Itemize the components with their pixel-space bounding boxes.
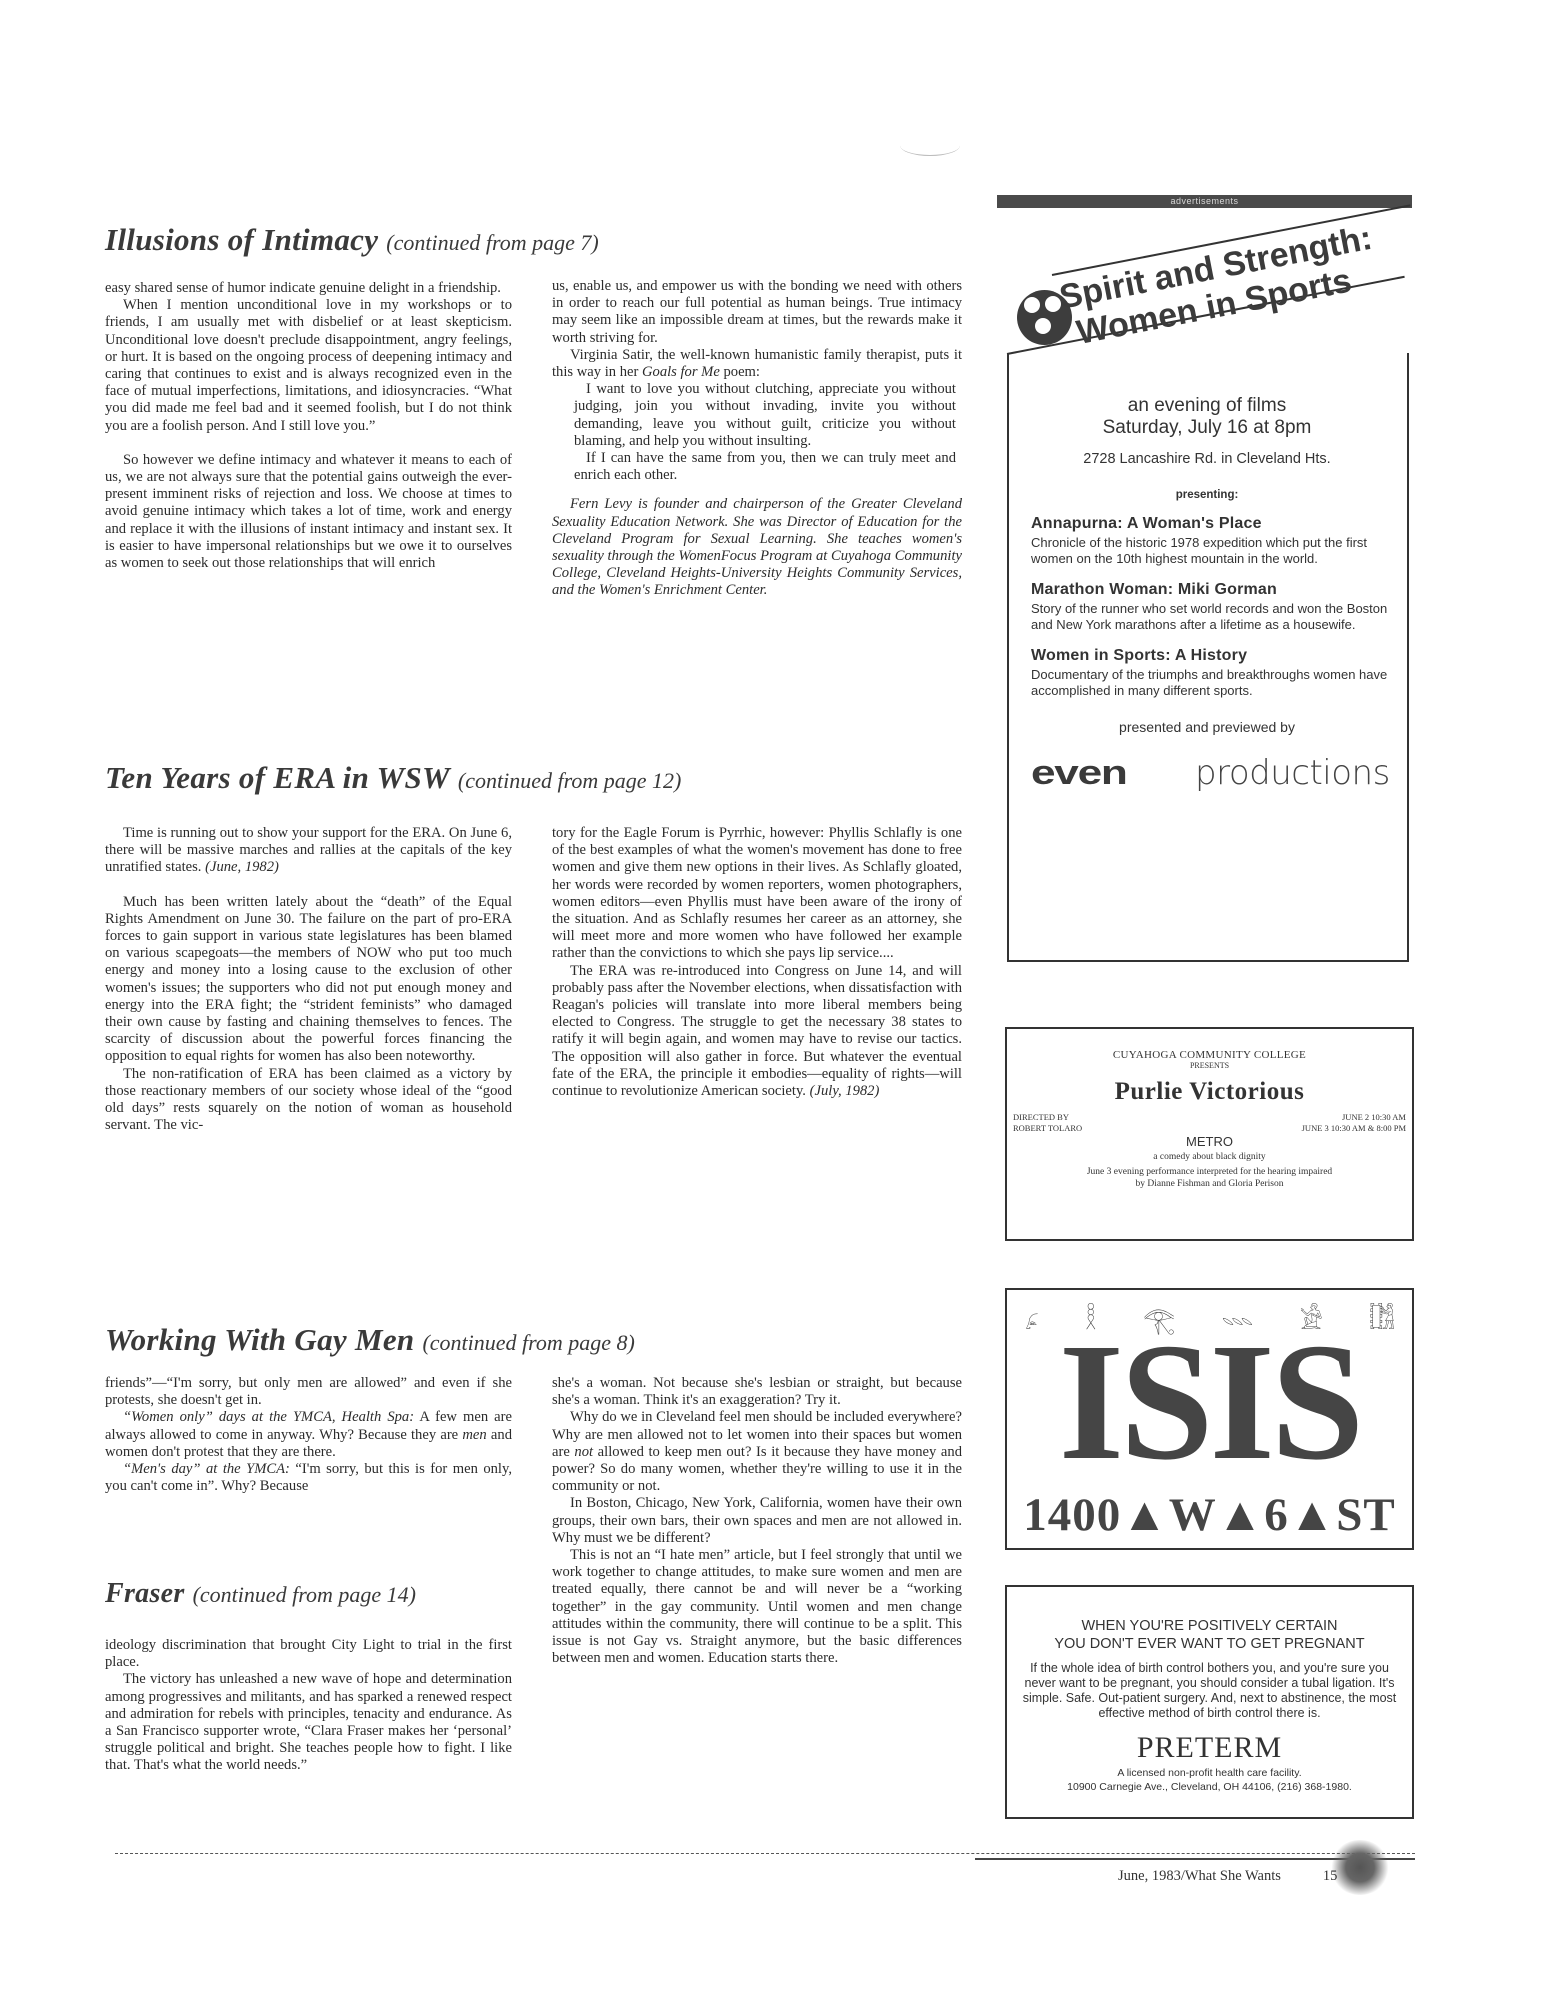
illusions-column-1: easy shared sense of humor indicate genu… <box>105 280 512 572</box>
paragraph: Time is running out to show your support… <box>105 825 512 877</box>
film-description: Documentary of the triumphs and breakthr… <box>1031 667 1391 699</box>
headline-continued: (continued from page 8) <box>422 1330 634 1355</box>
author-bio: Fern Levy is founder and chairperson of … <box>552 496 962 599</box>
scan-smudge <box>1330 1840 1390 1895</box>
paragraph: Virginia Satir, the well-known humanisti… <box>552 347 962 381</box>
paragraph: The non-ratification of ERA has been cla… <box>105 1066 512 1135</box>
event-date: Saturday, July 16 at 8pm <box>1009 417 1405 439</box>
brand-name: PRETERM <box>1007 1731 1412 1765</box>
poem-stanza: If I can have the same from you, then we… <box>574 450 956 484</box>
headline-title: Ten Years of ERA in WSW <box>105 760 450 795</box>
issue-label: June, 1983/What She Wants <box>1118 1868 1281 1884</box>
presenter: CUYAHOGA COMMUNITY COLLEGE <box>1007 1049 1412 1061</box>
ad-body: an evening of films Saturday, July 16 at… <box>1009 395 1405 793</box>
ad-isis: 𓂊 𓎛 𓂀 𓇠 𓀀 𓀨 ISIS 1400▲W▲6▲ST <box>1005 1288 1414 1550</box>
dateline: (July, 1982) <box>810 1083 880 1099</box>
license-note: A licensed non-profit health care facili… <box>1007 1767 1412 1779</box>
headline-title: Working With Gay Men <box>105 1322 414 1357</box>
accessibility-note: June 3 evening performance interpreted f… <box>1007 1166 1412 1190</box>
headline-continued: (continued from page 14) <box>193 1582 416 1607</box>
contact-address: 10900 Carnegie Ave., Cleveland, OH 44106… <box>1007 1781 1412 1793</box>
paragraph: So however we define intimacy and whatev… <box>105 452 512 572</box>
paragraph: The victory has unleashed a new wave of … <box>105 1671 512 1774</box>
presenting-label: presenting: <box>1009 489 1405 501</box>
article-headline-fraser: Fraser(continued from page 14) <box>105 1578 416 1610</box>
poem-stanza: I want to love you without clutching, ap… <box>574 381 956 450</box>
paragraph: In Boston, Chicago, New York, California… <box>552 1495 962 1547</box>
presents-label: PRESENTS <box>1007 1061 1412 1070</box>
film-title: Annapurna: A Woman's Place <box>1031 515 1391 533</box>
scan-mark <box>900 135 960 156</box>
business-address: 1400▲W▲6▲ST <box>1007 1490 1412 1540</box>
film-item: Women in Sports: A History Documentary o… <box>1009 647 1405 699</box>
play-description: a comedy about black dignity <box>1007 1152 1412 1162</box>
film-title: Marathon Woman: Miki Gorman <box>1031 581 1391 599</box>
ad-subtitle: an evening of films <box>1009 395 1405 417</box>
illusions-column-2: us, enable us, and empower us with the b… <box>552 278 962 600</box>
credits-row: DIRECTED BY ROBERT TOLARO JUNE 2 10:30 A… <box>1007 1112 1412 1134</box>
paragraph: tory for the Eagle Forum is Pyrrhic, how… <box>552 825 962 963</box>
dateline: (June, 1982) <box>205 859 279 875</box>
paragraph: Much has been written lately about the “… <box>105 894 512 1066</box>
page-footer: June, 1983/What She Wants15 <box>1118 1868 1337 1885</box>
article-headline-illusions: Illusions of Intimacy(continued from pag… <box>105 222 599 258</box>
film-item: Annapurna: A Woman's Place Chronicle of … <box>1009 515 1405 567</box>
article-headline-era: Ten Years of ERA in WSW(continued from p… <box>105 760 681 796</box>
director-info: DIRECTED BY ROBERT TOLARO <box>1013 1112 1082 1134</box>
era-column-2: tory for the Eagle Forum is Pyrrhic, how… <box>552 825 962 1100</box>
even-productions-logo: even productions <box>1009 753 1405 793</box>
gay-men-column-2: she's a woman. Not because she's lesbian… <box>552 1375 962 1667</box>
paragraph: Why do we in Cleveland feel men should b… <box>552 1409 962 1495</box>
page-number: 15 <box>1323 1868 1338 1884</box>
poem-title: Goals for Me <box>642 364 720 380</box>
paragraph: friends”—“I'm sorry, but only men are al… <box>105 1375 512 1409</box>
play-title: Purlie Victorious <box>1007 1078 1412 1106</box>
headline-title: Illusions of Intimacy <box>105 222 378 257</box>
ad-headline: WHEN YOU'RE POSITIVELY CERTAIN YOU DON'T… <box>1007 1617 1412 1653</box>
article-headline-gay-men: Working With Gay Men(continued from page… <box>105 1322 635 1358</box>
ad-purlie-victorious: CUYAHOGA COMMUNITY COLLEGE PRESENTS Purl… <box>1005 1027 1414 1241</box>
paragraph: When I mention unconditional love in my … <box>105 297 512 435</box>
paragraph: she's a woman. Not because she's lesbian… <box>552 1375 962 1409</box>
gay-men-column-1: friends”—“I'm sorry, but only men are al… <box>105 1375 512 1495</box>
logo-suffix: productions <box>1195 753 1390 793</box>
film-description: Chronicle of the historic 1978 expeditio… <box>1031 535 1391 567</box>
poem-quote: I want to love you without clutching, ap… <box>552 381 962 484</box>
presented-by: presented and previewed by <box>1009 719 1405 735</box>
event-address: 2728 Lancashire Rd. in Cleveland Hts. <box>1009 451 1405 467</box>
ad-women-in-sports: Spirit and Strength: Women in Sports an … <box>997 230 1412 990</box>
paragraph: This is not an “I hate men” article, but… <box>552 1547 962 1667</box>
business-name: ISIS <box>1007 1322 1412 1482</box>
headline-continued: (continued from page 7) <box>386 230 598 255</box>
fraser-column: ideology discrimination that brought Cit… <box>105 1637 512 1775</box>
ad-body: If the whole idea of birth control bothe… <box>1007 1661 1412 1721</box>
showtimes: JUNE 2 10:30 AM JUNE 3 10:30 AM & 8:00 P… <box>1302 1112 1406 1134</box>
film-title: Women in Sports: A History <box>1031 647 1391 665</box>
ad-title: Spirit and Strength: Women in Sports <box>1027 212 1415 359</box>
headline-continued: (continued from page 12) <box>458 768 681 793</box>
logo-word: even <box>1031 754 1213 793</box>
venue: METRO <box>1007 1134 1412 1149</box>
paragraph: us, enable us, and empower us with the b… <box>552 278 962 347</box>
divider <box>115 1853 1415 1854</box>
advertisements-label: advertisements <box>997 195 1412 208</box>
film-description: Story of the runner who set world record… <box>1031 601 1391 633</box>
film-item: Marathon Woman: Miki Gorman Story of the… <box>1009 581 1405 633</box>
headline-title: Fraser <box>105 1578 185 1609</box>
era-column-1: Time is running out to show your support… <box>105 825 512 1134</box>
paragraph: “Men's day” at the YMCA: “I'm sorry, but… <box>105 1461 512 1495</box>
paragraph: ideology discrimination that brought Cit… <box>105 1637 512 1671</box>
ad-preterm: WHEN YOU'RE POSITIVELY CERTAIN YOU DON'T… <box>1005 1585 1414 1819</box>
paragraph: The ERA was re-introduced into Congress … <box>552 963 962 1101</box>
paragraph: easy shared sense of humor indicate genu… <box>105 280 512 297</box>
paragraph: “Women only” days at the YMCA, Health Sp… <box>105 1409 512 1461</box>
